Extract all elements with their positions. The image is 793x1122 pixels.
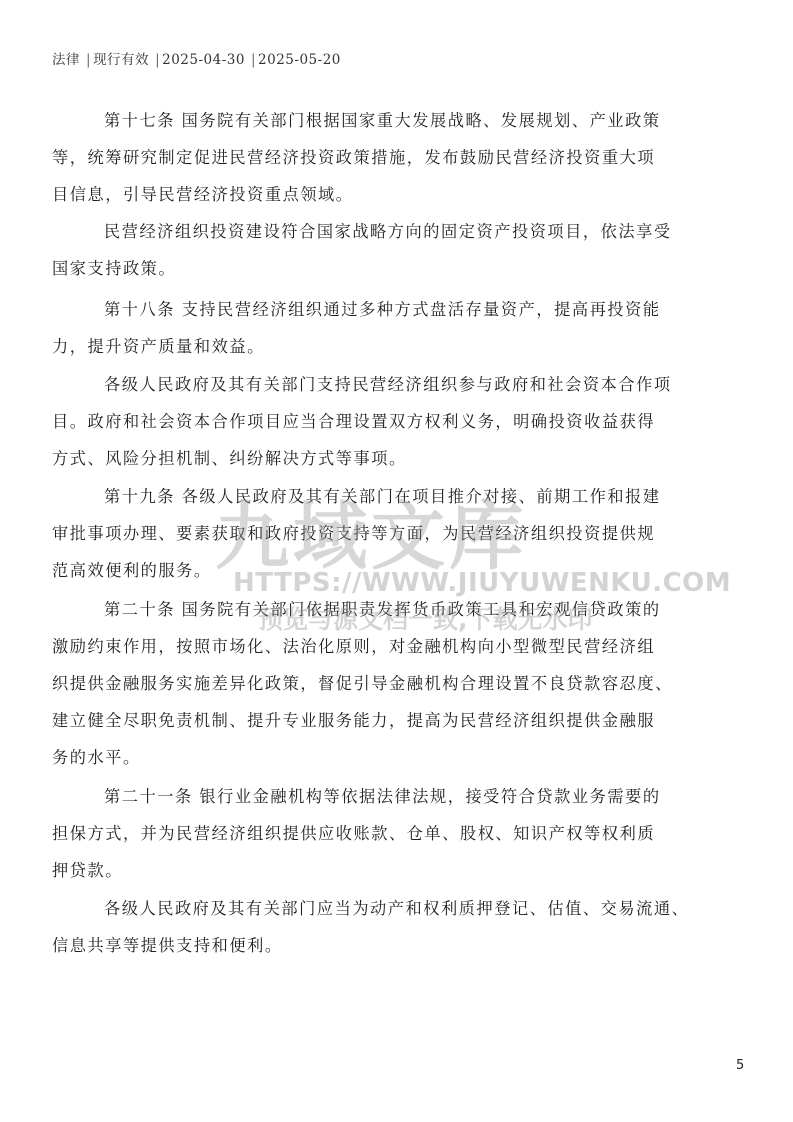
text-line: 力，提升资产质量和效益。 [52,333,265,357]
text-line: 织提供金融服务实施差异化政策，督促引导金融机构合理设置不良贷款容忍度、 [52,670,673,694]
text-line: 第十九条 各级人民政府及其有关部门在项目推介对接、前期工作和报建 [104,483,661,507]
text-line: 等，统筹研究制定促进民营经济投资政策措施，发布鼓励民营经济投资重大项 [52,144,655,168]
text-line: 民营经济组织投资建设符合国家战略方向的固定资产投资项目，依法享受 [104,218,672,242]
validity-status: 现行有效 [93,52,149,68]
text-line: 激励约束作用，按照市场化、法治化原则，对金融机构向小型微型民营经济组 [52,633,655,657]
document-meta-header: 法律|现行有效|2025-04-30|2025-05-20 [52,48,341,68]
text-line: 目信息，引导民营经济投资重点领域。 [52,181,354,205]
text-line: 第十八条 支持民营经济组织通过多种方式盘活存量资产，提高再投资能 [104,296,661,320]
text-line: 国家支持政策。 [52,255,176,279]
text-line: 第二十一条 银行业金融机构等依据法律法规，接受符合贷款业务需要的 [104,783,661,807]
text-line: 押贷款。 [52,857,123,881]
text-line: 审批事项办理、要素获取和政府投资支持等方面，为民营经济组织投资提供规 [52,520,655,544]
page-number: 5 [736,1058,744,1073]
text-line: 方式、风险分担机制、纠纷解决方式等事项。 [52,445,407,469]
text-line: 各级人民政府及其有关部门应当为动产和权利质押登记、估值、交易流通、 [104,895,689,919]
separator: | [155,52,160,68]
text-line: 范高效便利的服务。 [52,557,212,581]
text-line: 建立健全尽职免责机制、提升专业服务能力，提高为民营经济组织提供金融服 [52,707,655,731]
text-line: 第十七条 国务院有关部门根据国家重大发展战略、发展规划、产业政策 [104,107,661,131]
text-line: 信息共享等提供支持和便利。 [52,932,283,956]
separator: | [251,52,256,68]
text-line: 第二十条 国务院有关部门依据职责发挥货币政策工具和宏观信贷政策的 [104,596,661,620]
law-category: 法律 [52,52,80,68]
text-line: 目。政府和社会资本合作项目应当合理设置双方权利义务，明确投资收益获得 [52,408,655,432]
separator: | [86,52,91,68]
text-line: 各级人民政府及其有关部门支持民营经济组织参与政府和社会资本合作项 [104,371,672,395]
text-line: 担保方式，并为民营经济组织提供应收账款、仓单、股权、知识产权等权利质 [52,820,655,844]
effective-date: 2025-05-20 [258,52,341,68]
publish-date: 2025-04-30 [162,52,245,68]
text-line: 务的水平。 [52,744,141,768]
watermark-url: HTTPS://WWW.JIUYUWENKU.COM [233,568,731,598]
